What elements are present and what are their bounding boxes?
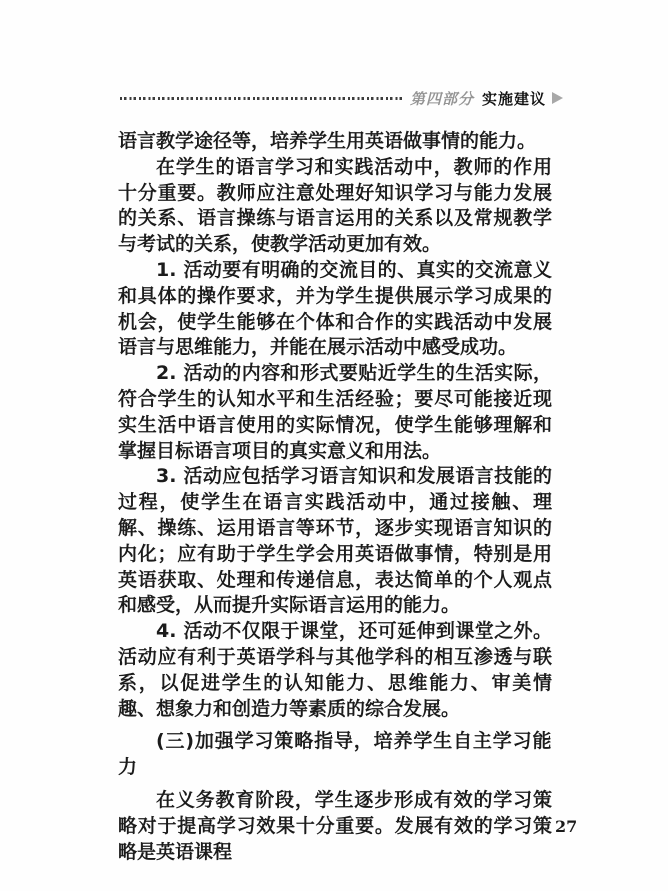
paragraph-continuation: 语言教学途径等，培养学生用英语做事情的能力。	[118, 129, 552, 155]
paragraph-learning-strategy: 在义务教育阶段，学生逐步形成有效的学习策略对于提高学习效果十分重要。发展有效的学…	[118, 788, 552, 865]
page-number: 27	[555, 817, 577, 836]
document-page: 第四部分 实施建议 语言教学途径等，培养学生用英语做事情的能力。 在学生的语言学…	[0, 0, 668, 891]
body-text: 语言教学途径等，培养学生用英语做事情的能力。 在学生的语言学习和实践活动中，教师…	[118, 129, 552, 865]
header-dotted-line	[120, 97, 402, 100]
part-label: 第四部分	[410, 88, 474, 109]
paragraph-item-1: 1. 活动要有明确的交流目的、真实的交流意义和具体的操作要求，并为学生提供展示学…	[118, 258, 552, 361]
page-header: 第四部分 实施建议	[120, 88, 563, 108]
paragraph-item-4: 4. 活动不仅限于课堂，还可延伸到课堂之外。活动应有利于英语学科与其他学科的相互…	[118, 619, 552, 722]
paragraph-item-3: 3. 活动应包括学习语言知识和发展语言技能的过程，使学生在语言实践活动中，通过接…	[118, 464, 552, 619]
arrow-right-icon	[552, 92, 563, 104]
section-label: 实施建议	[482, 88, 546, 109]
section-heading: (三)加强学习策略指导，培养学生自主学习能力	[118, 729, 552, 781]
paragraph-item-2: 2. 活动的内容和形式要贴近学生的生活实际，符合学生的认知水平和生活经验；要尽可…	[118, 361, 552, 464]
paragraph-teacher-role: 在学生的语言学习和实践活动中，教师的作用十分重要。教师应注意处理好知识学习与能力…	[118, 155, 552, 258]
